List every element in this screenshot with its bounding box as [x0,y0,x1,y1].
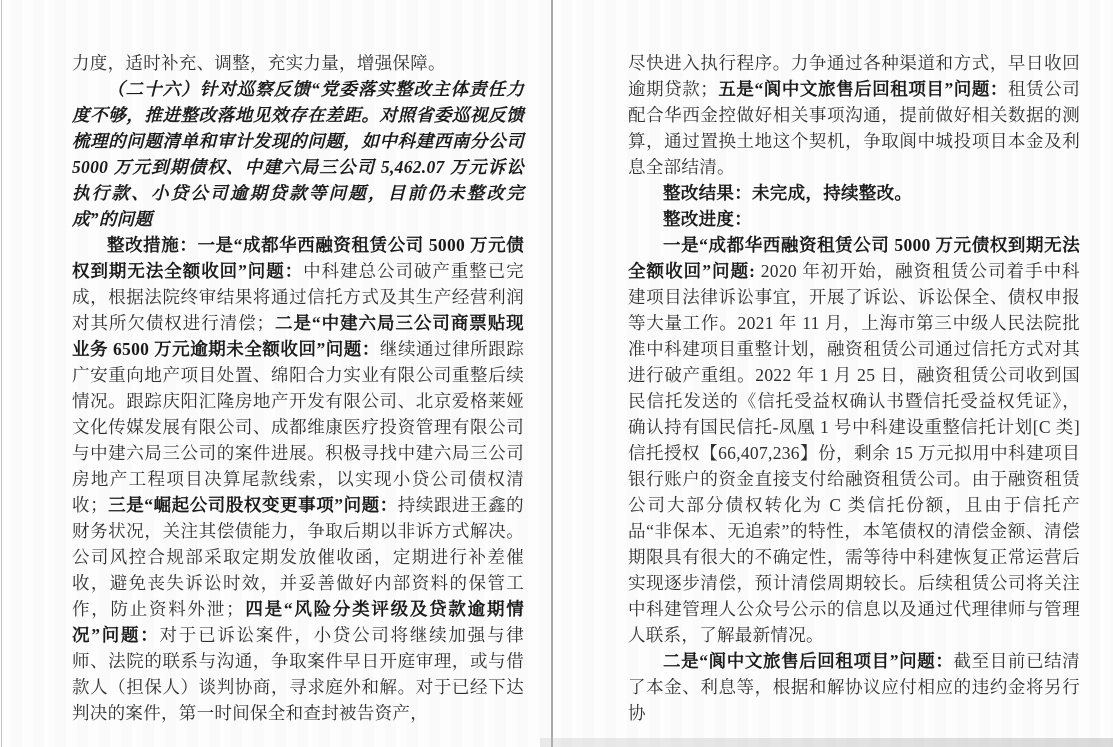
paragraph: 整改进度： [628,206,1080,232]
scan-edge-shadow [540,738,1113,747]
paragraph: 尽快进入执行程序。力争通过各种渠道和方式，早日收回逾期贷款；五是“阆中文旅售后回… [628,50,1080,180]
text-run: 五是“阆中文旅售后回租项目”问题： [718,79,1008,99]
text-run: 整改进度： [663,209,752,229]
paragraph: 二是“阆中文旅售后回租项目”问题：截至目前已结清了本金、利息等，根据和解协议应付… [628,648,1080,726]
text-run: 力度，适时补充、调整，充实力量，增强保障。 [72,53,446,73]
paragraph: 力度，适时补充、调整，充实力量，增强保障。 [72,50,524,76]
text-run: （二十六）针对巡察反馈“党委落实整改主体责任力度不够，推进整改落地见效存在差距。… [72,79,524,229]
page-divider [551,0,553,747]
paragraph: 一是“成都华西融资租赁公司 5000 万元债权到期无法全额收回”问题: 2020… [628,232,1080,648]
text-run: 二是“阆中文旅售后回租项目”问题： [663,651,953,671]
paragraph: （二十六）针对巡察反馈“党委落实整改主体责任力度不够，推进整改落地见效存在差距。… [72,76,524,232]
text-run: 2020 年初开始，融资租赁公司着手中科建项目法律诉讼事宜，开展了诉讼、诉讼保全… [628,261,1080,645]
page-right: 尽快进入执行程序。力争通过各种渠道和方式，早日收回逾期贷款；五是“阆中文旅售后回… [628,50,1080,726]
text-run: 继续通过律所跟踪广安重向地产项目处置、绵阳合力实业有限公司重整后续情况。跟踪庆阳… [72,339,524,515]
text-run: 三是“崛起公司股权变更事项”问题： [108,495,398,515]
document-scan: 力度，适时补充、调整，充实力量，增强保障。（二十六）针对巡察反馈“党委落实整改主… [0,0,1113,747]
paragraph: 整改措施：一是“成都华西融资租赁公司 5000 万元债权到期无法全额收回”问题：… [72,232,524,726]
paragraph: 整改结果：未完成，持续整改。 [628,180,1080,206]
text-run: 整改结果：未完成，持续整改。 [663,183,912,203]
page-left: 力度，适时补充、调整，充实力量，增强保障。（二十六）针对巡察反馈“党委落实整改主… [72,50,524,726]
scan-left-edge [1,0,2,747]
